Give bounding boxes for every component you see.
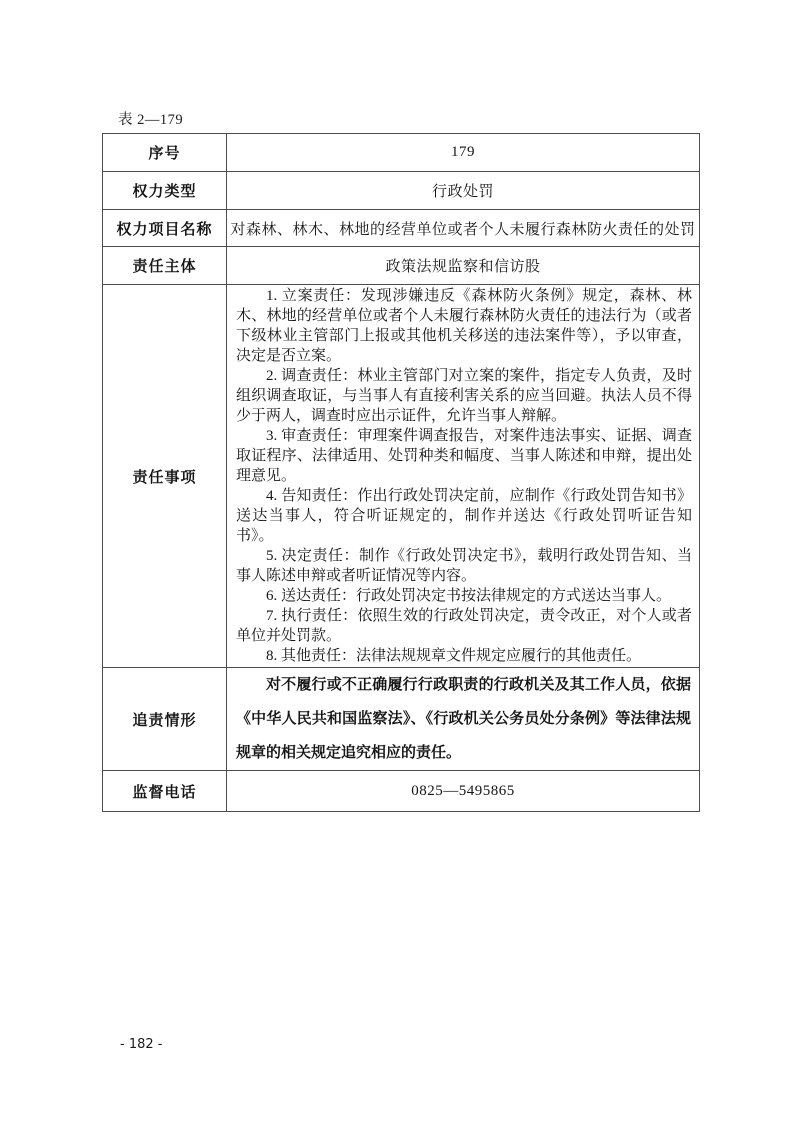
duty-item-6: 6. 送达责任：行政处罚决定书按法律规定的方式送达当事人。 (236, 586, 692, 606)
row-value-accountability: 对不履行或不正确履行行政职责的行政机关及其工作人员，依据《中华人民共和国监察法》… (227, 668, 700, 771)
row-label-power-item-name: 权力项目名称 (103, 210, 227, 247)
table-row-responsible-subject: 责任主体 政策法规监察和信访股 (103, 247, 700, 285)
duty-item-5: 5. 决定责任：制作《行政处罚决定书》，载明行政处罚告知、当事人陈述申辩或者听证… (236, 546, 692, 586)
duty-item-8: 8. 其他责任：法律法规规章文件规定应履行的其他责任。 (236, 646, 692, 666)
row-label-supervision-phone: 监督电话 (103, 771, 227, 812)
row-label-serial: 序号 (103, 134, 227, 172)
duty-item-3: 3. 审查责任：审理案件调查报告，对案件违法事实、证据、调查取证程序、法律适用、… (236, 426, 692, 486)
table-caption: 表 2—179 (118, 108, 183, 129)
accountability-text: 对不履行或不正确履行行政职责的行政机关及其工作人员，依据《中华人民共和国监察法》… (236, 668, 691, 770)
row-value-serial: 179 (227, 134, 700, 172)
row-label-accountability: 追责情形 (103, 668, 227, 771)
row-value-supervision-phone: 0825—5495865 (227, 771, 700, 812)
table-row-accountability: 追责情形 对不履行或不正确履行行政职责的行政机关及其工作人员，依据《中华人民共和… (103, 668, 700, 771)
row-value-responsible-subject: 政策法规监察和信访股 (227, 247, 700, 285)
row-label-power-type: 权力类型 (103, 172, 227, 210)
duty-item-1: 1. 立案责任：发现涉嫌违反《森林防火条例》规定，森林、林木、林地的经营单位或者… (236, 286, 692, 366)
row-label-responsible-subject: 责任主体 (103, 247, 227, 285)
table-row-supervision-phone: 监督电话 0825—5495865 (103, 771, 700, 812)
row-label-duty-items: 责任事项 (103, 285, 227, 668)
duty-item-2: 2. 调查责任：林业主管部门对立案的案件，指定专人负责，及时组织调查取证，与当事… (236, 366, 692, 426)
table-row-duty-items: 责任事项 1. 立案责任：发现涉嫌违反《森林防火条例》规定，森林、林木、林地的经… (103, 285, 700, 668)
table-row-power-type: 权力类型 行政处罚 (103, 172, 700, 210)
document-page: 表 2—179 序号 179 权力类型 行政处罚 权力项目名称 对森林、林木、林… (0, 0, 793, 1122)
table-row-power-item-name: 权力项目名称 对森林、林木、林地的经营单位或者个人未履行森林防火责任的处罚 (103, 210, 700, 247)
row-value-power-item-name: 对森林、林木、林地的经营单位或者个人未履行森林防火责任的处罚 (227, 210, 700, 247)
row-value-power-type: 行政处罚 (227, 172, 700, 210)
duty-item-4: 4. 告知责任：作出行政处罚决定前，应制作《行政处罚告知书》送达当事人，符合听证… (236, 486, 692, 546)
page-number: - 182 - (120, 1037, 162, 1052)
row-value-duty-items: 1. 立案责任：发现涉嫌违反《森林防火条例》规定，森林、林木、林地的经营单位或者… (227, 285, 700, 668)
duty-item-7: 7. 执行责任：依照生效的行政处罚决定，责令改正，对个人或者单位并处罚款。 (236, 606, 692, 646)
table-row-serial: 序号 179 (103, 134, 700, 172)
responsibility-table: 序号 179 权力类型 行政处罚 权力项目名称 对森林、林木、林地的经营单位或者… (102, 133, 700, 812)
